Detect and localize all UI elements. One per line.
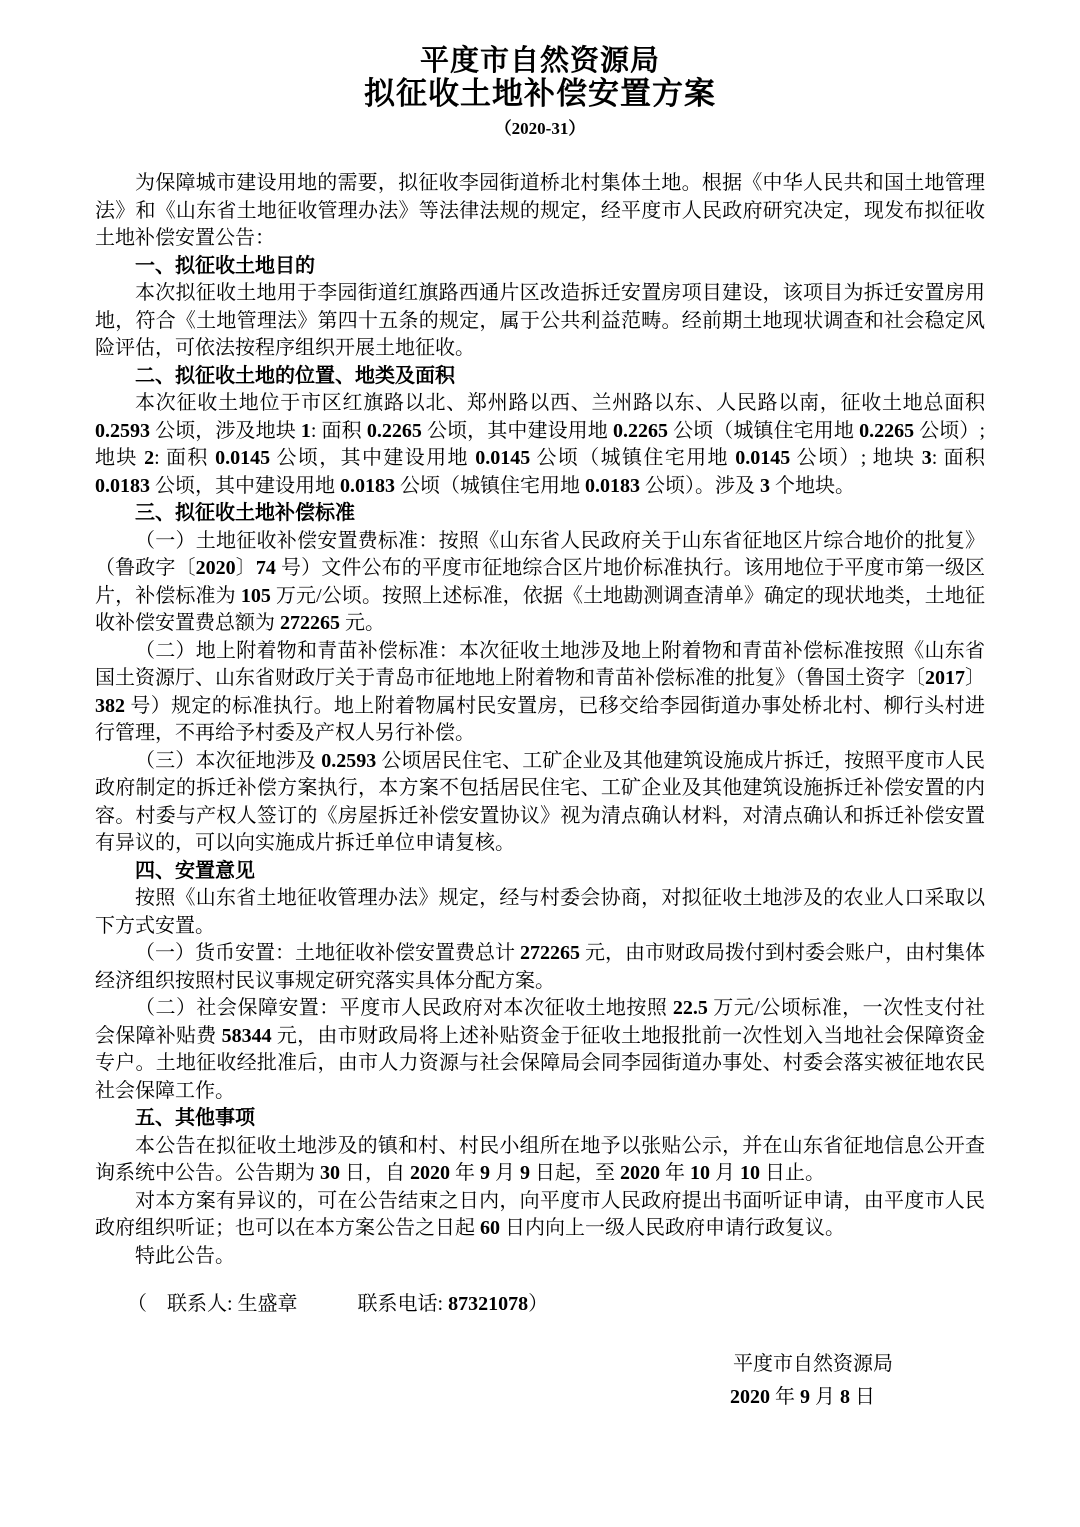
paragraph: （二）社会保障安置：平度市人民政府对本次征收土地按照 22.5 万元/公顷标准，… [95, 995, 985, 1105]
title-line-1: 平度市自然资源局 [95, 46, 985, 77]
paragraph: （一）货币安置：土地征收补偿安置费总计 272265 元，由市财政局拨付到村委会… [95, 940, 985, 995]
section-heading: 四、安置意见 [95, 858, 985, 886]
paragraph: 为保障城市建设用地的需要，拟征收李园街道桥北村集体土地。根据《中华人民共和国土地… [95, 170, 985, 253]
paragraph: 按照《山东省土地征收管理办法》规定，经与村委会协商，对拟征收土地涉及的农业人口采… [95, 885, 985, 940]
title-line-2: 拟征收土地补偿安置方案 [95, 77, 985, 110]
document-title: 平度市自然资源局 拟征收土地补偿安置方案 [95, 46, 985, 110]
document-page: 平度市自然资源局 拟征收土地补偿安置方案 （2020-31） 为保障城市建设用地… [0, 0, 1080, 1527]
section-heading: 三、拟征收土地补偿标准 [95, 500, 985, 528]
paragraph: （三）本次征地涉及 0.2593 公顷居民住宅、工矿企业及其他建筑设施成片拆迁，… [95, 748, 985, 858]
paragraph: 本公告在拟征收土地涉及的镇和村、村民小组所在地予以张贴公示，并在山东省征地信息公… [95, 1133, 985, 1188]
paragraph: 特此公告。 [95, 1243, 985, 1271]
contact-line: （ 联系人: 生盛章 联系电话: 87321078） [95, 1291, 985, 1319]
paragraph: （二）地上附着物和青苗补偿标准：本次征收土地涉及地上附着物和青苗补偿标准按照《山… [95, 638, 985, 748]
signature-date: 2020 年 9 月 8 日 [95, 1381, 985, 1414]
section-heading: 五、其他事项 [95, 1105, 985, 1133]
paragraph: 对本方案有异议的，可在公告结束之日内，向平度市人民政府提出书面听证申请，由平度市… [95, 1188, 985, 1243]
section-heading: 一、拟征收土地目的 [95, 253, 985, 281]
paragraph: 本次拟征收土地用于李园街道红旗路西通片区改造拆迁安置房项目建设，该项目为拆迁安置… [95, 280, 985, 363]
signature-org: 平度市自然资源局 [95, 1348, 985, 1381]
paragraph: （一）土地征收补偿安置费标准：按照《山东省人民政府关于山东省征地区片综合地价的批… [95, 528, 985, 638]
document-number: （2020-31） [95, 119, 985, 139]
document-body: 为保障城市建设用地的需要，拟征收李园街道桥北村集体土地。根据《中华人民共和国土地… [95, 170, 985, 1414]
paragraph: 本次征收土地位于市区红旗路以北、郑州路以西、兰州路以东、人民路以南，征收土地总面… [95, 390, 985, 500]
section-heading: 二、拟征收土地的位置、地类及面积 [95, 363, 985, 391]
